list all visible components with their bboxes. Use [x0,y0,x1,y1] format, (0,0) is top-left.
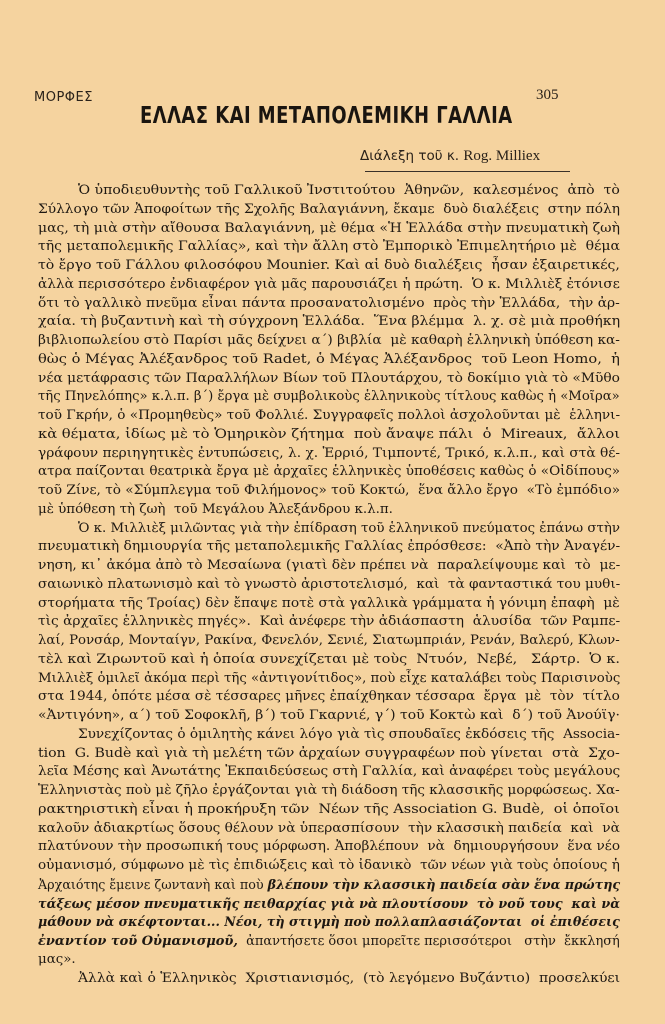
text-run: στα 1944, ὁπότε μέσα σὲ τέσσαρες μῆνες ἐ… [38,689,620,704]
text-run: τῆς Πηνελόπης» κ.λ.π. β΄) ἔργα μὲ συμβολ… [38,389,620,404]
text-run: χαία. τὴ βυζαντινὴ καὶ τὴ σύγχρονη Ἑλλάδ… [38,314,620,329]
text-line: Ἑλληνιστὰς ποὺ μὲ ζῆλο ἐργάζονται γιὰ τὴ… [38,782,620,801]
article-title: ΕΛΛΑΣ ΚΑΙ ΜΕΤΑΠΟΛΕΜΙΚΗ ΓΑΛΛΙΑ [140,103,513,129]
text-run: σαιωνικὸ πλατωνισμὸ καὶ τὸ γνωστὸ ἀριστο… [38,577,620,592]
text-line: Μιλλιὲξ ὁμιλεῖ ἀκόμα περὶ τῆς «ἀντιγονίτ… [38,670,620,689]
text-line: τῆς Πηνελόπης» κ.λ.π. β΄) ἔργα μὲ συμβολ… [38,388,620,407]
byline-author: Rog. Milliex [463,148,540,164]
text-line: Ὁ ὑποδιευθυντὴς τοῦ Γαλλικοῦ Ἰνστιτούτου… [38,182,620,201]
text-run: νηση, κι᾿ ἀκόμα ἀπὸ τὸ Μεσαίωνα (γιατὶ δ… [38,558,620,573]
text-line: Σύλλογο τῶν Ἀποφοίτων τῆς Σχολῆς Βαλαγιά… [38,201,620,220]
text-line: μας, τὴ μιὰ στὴν αἴθουσα Βαλαγιάννη, μὲ … [38,220,620,239]
emphasized-text-run: βλέπουν τὴν κλασσικὴ παιδεία σὰν ἕνα πρώ… [268,877,621,893]
text-line: χαία. τὴ βυζαντινὴ καὶ τὴ σύγχρονη Ἑλλάδ… [38,313,620,332]
byline-prefix: Διάλεξη τοῦ κ. [360,148,459,164]
text-line: σαιωνικὸ πλατωνισμὸ καὶ τὸ γνωστὸ ἀριστο… [38,576,620,595]
text-line: τάξεως μέσον πνευματικῆς πειθαρχίας γιὰ … [38,895,620,914]
text-line: τοῦ Γκρήν, ὁ «Προμηθεὺς» τοῦ Φολλιέ. Συγ… [38,407,620,426]
text-line: Ἀρχαιότης ἔμεινε ζωντανὴ καὶ ποὺ βλέπουν… [38,876,620,895]
page-number: 305 [536,87,559,104]
text-line: τοῦ Ζίνε, τὸ «Σύμπλεγμα τοῦ Φιλήμονος» τ… [38,482,620,501]
text-run: ὅτι τὸ γαλλικὸ πνεῦμα εἶναι πάντα προσαν… [38,296,620,311]
text-line: τὲλ καὶ Ζιρωντοῦ καὶ ἡ ὁποία συνεχίζεται… [38,651,620,670]
text-run: τὸ ἔργο τοῦ Γάλλου φιλοσόφου Mounier. Κα… [38,258,620,273]
text-run: βιβλιοπωλείου στὸ Παρίσι μᾶς δείχνει α΄)… [38,333,620,348]
text-run: τὶς ἀρχαῖες ἑλληνικὲς πηγές». Καὶ ἀνέφερ… [38,614,620,629]
text-line: κὰ θέματα, ἰδίως μὲ τὸ Ὁμηρικὸν ζήτημα π… [38,426,620,445]
text-run: Ἑλληνιστὰς ποὺ μὲ ζῆλο ἐργάζονται γιὰ τὴ… [38,783,620,798]
text-run: λαί, Ρονσάρ, Μονταίγν, Ρακίνα, Φενελόν, … [38,633,620,648]
text-line: γράφουν περιηγητικὲς ἐντυπώσεις, λ. χ. Ἐ… [38,445,620,464]
text-line: μας». [38,951,620,970]
text-run: Ἀλλὰ καὶ ὁ Ἑλληνικὸς Χριστιανισμός, (τὸ … [78,971,620,986]
text-run: «Ἀντιγόνη», α΄) τοῦ Σοφοκλῆ, β΄) τοῦ Γκα… [38,708,620,723]
text-line: ρακτηριστικὴ εἶναι ἡ προκήρυξη τῶν Νέων … [38,801,620,820]
text-run: πνευματικὴ δημιουργία τῆς μεταπολεμικῆς … [38,539,620,554]
text-run: θὼς ὁ Μέγας Ἀλέξανδρος τοῦ Radet, ὁ Μέγα… [38,352,620,367]
emphasized-text-run: τάξεως μέσον πνευματικῆς πειθαρχίας γιὰ … [38,896,620,912]
text-run: γράφουν περιηγητικὲς ἐντυπώσεις, λ. χ. Ἐ… [38,446,620,461]
text-line: μὲ ὑπόθεση τὴ ζωὴ τοῦ Μεγάλου Ἀλεξάνδρου… [38,501,620,520]
text-run: ἀλλὰ περισσότερο ἐνδιαφέρον γιὰ μᾶς παρο… [38,277,620,292]
text-line: νέα μετάφρασις τῶν Παραλλήλων Βίων τοῦ Π… [38,370,620,389]
text-run: τῆς μεταπολεμικῆς Γαλλίας», καὶ τὴν ἄλλη… [38,239,620,254]
text-run: Ὁ ὑποδιευθυντὴς τοῦ Γαλλικοῦ Ἰνστιτούτου… [78,183,620,198]
text-run: Μιλλιὲξ ὁμιλεῖ ἀκόμα περὶ τῆς «ἀντιγονίτ… [38,671,620,686]
text-run: ατρα παίζονται θεατρικὰ ἔργα μὲ ἀρχαῖες … [38,464,620,479]
text-line: «Ἀντιγόνη», α΄) τοῦ Σοφοκλῆ, β΄) τοῦ Γκα… [38,707,620,726]
text-run: Ἀρχαιότης ἔμεινε ζωντανὴ καὶ ποὺ [38,878,268,893]
text-line: tion G. Budè καὶ γιὰ τὴ μελέτη τῶν ἀρχαί… [38,745,620,764]
text-line: πνευματικὴ δημιουργία τῆς μεταπολεμικῆς … [38,538,620,557]
text-line: ἀλλὰ περισσότερο ἐνδιαφέρον γιὰ μᾶς παρο… [38,276,620,295]
text-line: θὼς ὁ Μέγας Ἀλέξανδρος τοῦ Radet, ὁ Μέγα… [38,351,620,370]
text-run: ρακτηριστικὴ εἶναι ἡ προκήρυξη τῶν Νέων … [38,802,620,817]
text-line: νηση, κι᾿ ἀκόμα ἀπὸ τὸ Μεσαίωνα (γιατὶ δ… [38,557,620,576]
text-run: μας, τὴ μιὰ στὴν αἴθουσα Βαλαγιάννη, μὲ … [38,221,620,236]
text-run: μὲ ὑπόθεση τὴ ζωὴ τοῦ Μεγάλου Ἀλεξάνδρου… [38,502,393,517]
text-run: λεῖα Μέσης καὶ Ἀνωτάτης Ἐκπαιδεύσεως στὴ… [38,764,620,779]
text-run: τοῦ Γκρήν, ὁ «Προμηθεὺς» τοῦ Φολλιέ. Συγ… [38,408,620,423]
article-body: Ὁ ὑποδιευθυντὴς τοῦ Γαλλικοῦ Ἰνστιτούτου… [38,182,620,988]
text-line: στορήματα τῆς Τροίας) δὲν ἔπαψε ποτὲ στὰ… [38,595,620,614]
text-run: τοῦ Ζίνε, τὸ «Σύμπλεγμα τοῦ Φιλήμονος» τ… [38,483,620,498]
byline-rule [365,171,570,172]
text-run: τὲλ καὶ Ζιρωντοῦ καὶ ἡ ὁποία συνεχίζεται… [38,652,620,667]
text-run: νέα μετάφρασις τῶν Παραλλήλων Βίων τοῦ Π… [38,371,620,386]
text-line: ὅτι τὸ γαλλικὸ πνεῦμα εἶναι πάντα προσαν… [38,295,620,314]
text-line: Ἀλλὰ καὶ ὁ Ἑλληνικὸς Χριστιανισμός, (τὸ … [38,970,620,989]
text-run: μας». [38,952,76,967]
byline: Διάλεξη τοῦ κ. Rog. Milliex [360,148,540,165]
text-line: βιβλιοπωλείου στὸ Παρίσι μᾶς δείχνει α΄)… [38,332,620,351]
text-run: πλατύνουν τὴν προσωπική τους μόρφωση. Ἀπ… [38,839,620,854]
text-run: ἀπαντήσετε ὅσοι μπορεῖτε περισσότεροι στ… [238,934,620,949]
emphasized-text-run: μάθουν νὰ σκέφτονται... Νέοι, τὴ στιγμὴ … [38,914,620,930]
text-run: tion G. Budè καὶ γιὰ τὴ μελέτη τῶν ἀρχαί… [38,746,620,761]
text-line: τὶς ἀρχαῖες ἑλληνικὲς πηγές». Καὶ ἀνέφερ… [38,613,620,632]
text-run: στορήματα τῆς Τροίας) δὲν ἔπαψε ποτὲ στὰ… [38,596,620,611]
text-line: στα 1944, ὁπότε μέσα σὲ τέσσαρες μῆνες ἐ… [38,688,620,707]
text-line: ατρα παίζονται θεατρικὰ ἔργα μὲ ἀρχαῖες … [38,463,620,482]
text-line: Ὁ κ. Μιλλιὲξ μιλῶντας γιὰ τὴν ἐπίδραση τ… [38,520,620,539]
scanned-page: ΜΟΡΦΕΣ 305 ΕΛΛΑΣ ΚΑΙ ΜΕΤΑΠΟΛΕΜΙΚΗ ΓΑΛΛΙΑ… [0,0,665,1024]
text-line: λαί, Ρονσάρ, Μονταίγν, Ρακίνα, Φενελόν, … [38,632,620,651]
text-line: λεῖα Μέσης καὶ Ἀνωτάτης Ἐκπαιδεύσεως στὴ… [38,763,620,782]
text-run: Συνεχίζοντας ὁ ὁμιλητὴς κάνει λόγο γιὰ τ… [78,727,620,742]
text-run: καλοῦν ἀδιακρτίως ὅσους θέλουν νὰ ὑπερασ… [38,821,620,836]
text-run: Σύλλογο τῶν Ἀποφοίτων τῆς Σχολῆς Βαλαγιά… [38,202,620,217]
text-line: ἐναντίον τοῦ Οὐμανισμοῦ, ἀπαντήσετε ὅσοι… [38,932,620,951]
text-line: μάθουν νὰ σκέφτονται... Νέοι, τὴ στιγμὴ … [38,913,620,932]
text-line: τῆς μεταπολεμικῆς Γαλλίας», καὶ τὴν ἄλλη… [38,238,620,257]
text-line: Συνεχίζοντας ὁ ὁμιλητὴς κάνει λόγο γιὰ τ… [38,726,620,745]
text-run: οὐμανισμό, σύμφωνο μὲ τὶς ἐπιδιώξεις καὶ… [38,858,620,873]
running-head: ΜΟΡΦΕΣ [34,90,93,105]
emphasized-text-run: ἐναντίον τοῦ Οὐμανισμοῦ, [38,933,238,949]
text-run: Ὁ κ. Μιλλιὲξ μιλῶντας γιὰ τὴν ἐπίδραση τ… [78,521,620,536]
text-line: καλοῦν ἀδιακρτίως ὅσους θέλουν νὰ ὑπερασ… [38,820,620,839]
text-run: κὰ θέματα, ἰδίως μὲ τὸ Ὁμηρικὸν ζήτημα π… [38,427,620,442]
text-line: οὐμανισμό, σύμφωνο μὲ τὶς ἐπιδιώξεις καὶ… [38,857,620,876]
text-line: τὸ ἔργο τοῦ Γάλλου φιλοσόφου Mounier. Κα… [38,257,620,276]
text-line: πλατύνουν τὴν προσωπική τους μόρφωση. Ἀπ… [38,838,620,857]
